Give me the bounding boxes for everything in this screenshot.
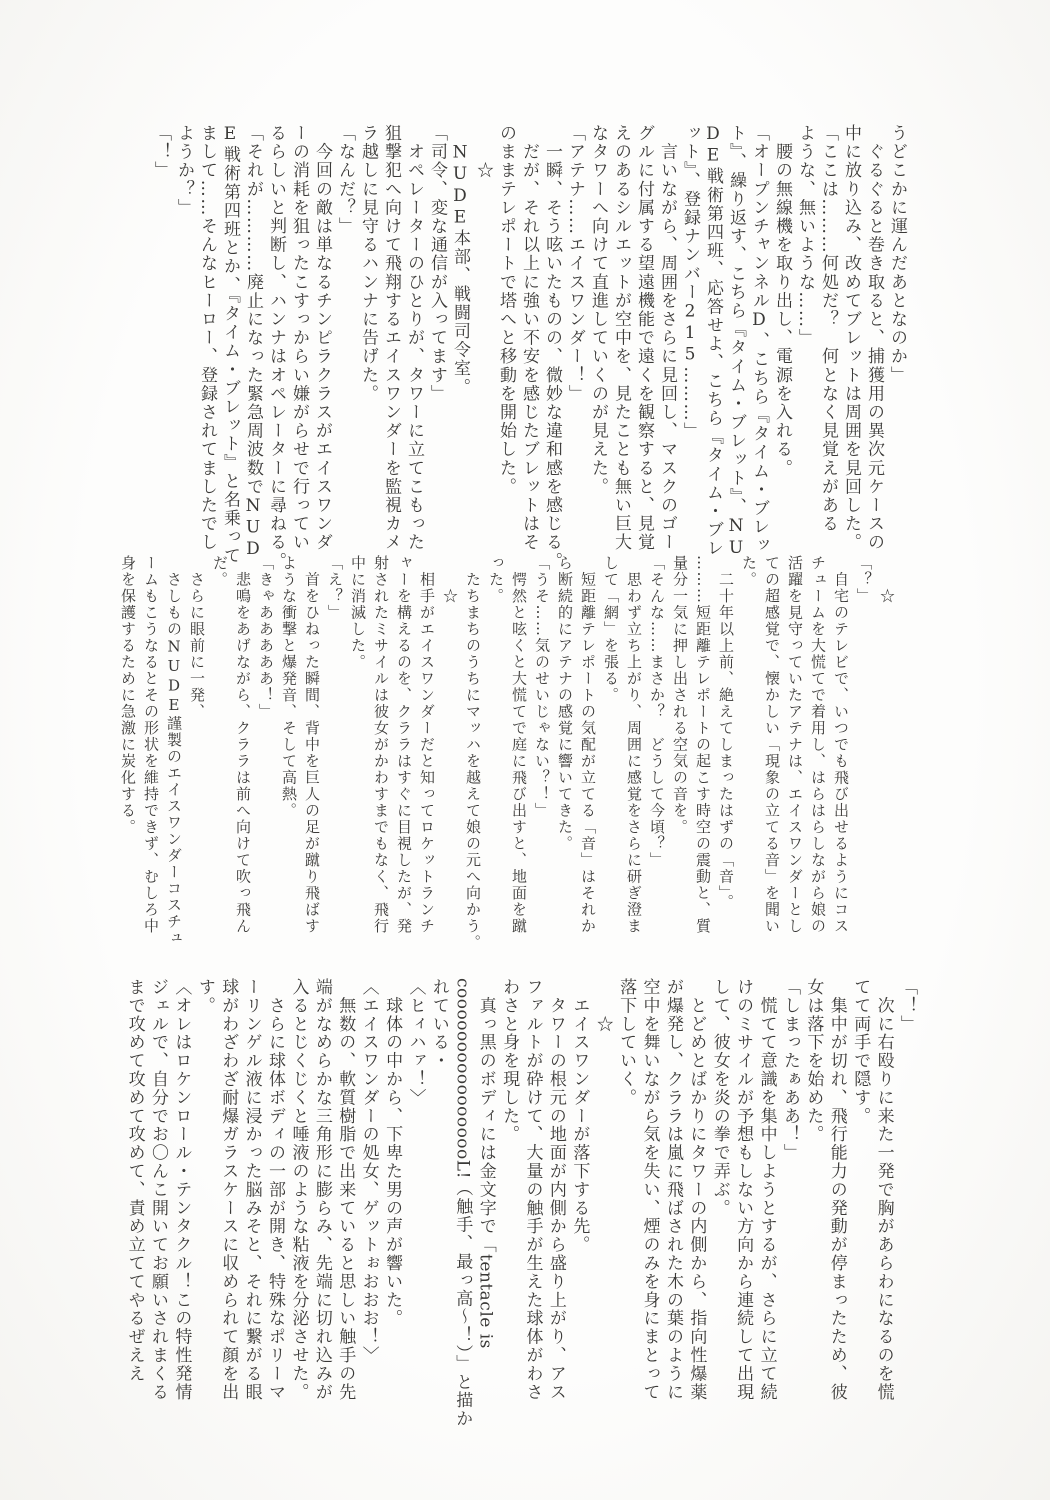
text-line: うどこかに運んだあとなのか」: [885, 124, 908, 558]
text-line: 〈ヒィハァ！〉: [403, 978, 426, 1408]
text-line: ーリンゲル液に浸かった脳みそと、それに繋がる眼: [239, 978, 262, 1408]
text-line: ット』、登録ナンバー215………」: [678, 124, 701, 558]
text-line: わさと身を現した。: [497, 978, 520, 1408]
text-block-bottom: 「！」 次に右殴りに来た一発で胸があらわになるのを慌てて両手で隠す。 集中が切れ…: [122, 978, 918, 1408]
text-line: 射されたミサイルは彼女がかわすまでもなく、飛行: [369, 555, 392, 943]
text-line: てて両手で隠す。: [848, 978, 871, 1408]
text-line: った。: [484, 555, 507, 943]
text-line: オペレーターのひとりが、タワーに立てこもった: [402, 124, 425, 558]
text-line: ト』、繰り返す、こちら『タイム・ブレット』、NU: [724, 124, 747, 558]
text-line: るらしいと判断し、ハンナはオペレーターに尋ねる。: [264, 124, 287, 558]
text-line: とどめとばかりにタワーの内側から、指向性爆薬: [684, 978, 707, 1408]
text-line: た。: [737, 555, 760, 943]
text-line: す。: [192, 978, 215, 1408]
text-line: 「なんだ？」: [333, 124, 356, 558]
text-line: 集中が切れ、飛行能力の発動が停まったため、彼: [824, 978, 847, 1408]
text-line: グルに付属する望遠機能で遠くを観察すると、見覚: [632, 124, 655, 558]
text-line: 「きゃあああああ！」: [254, 555, 277, 943]
text-line: 二十年以上前、絶えてしまったはずの「音」。: [714, 555, 737, 943]
text-line: まして……そんなヒーロー、登録されてましたでし: [195, 124, 218, 558]
text-line: 「！」: [149, 124, 172, 558]
text-line: 「！」: [895, 978, 918, 1408]
text-line: さらに眼前に一発、: [185, 555, 208, 943]
text-line: ☆: [438, 555, 461, 943]
text-line: 次に右殴りに来た一発で胸があらわになるのを慌: [871, 978, 894, 1408]
text-line: cooooooooooooooooL!（触手、最っ高〜！）」と描か: [450, 978, 473, 1408]
upright-latin-text: DE: [703, 124, 723, 167]
text-line: ☆: [471, 124, 494, 558]
text-line: まで攻めて攻めて攻めて、責め立ててやるぜええ: [122, 978, 145, 1408]
text-line: たちまちのうちにマッハを越えて娘の元へ向かう。: [461, 555, 484, 943]
text-line: 「司令、変な通信が入ってます」: [425, 124, 448, 558]
text-line: ジェルで、自分でお〇んこ開いてお願いされまくる: [146, 978, 169, 1408]
text-line: さしものNUDE謹製のエイスワンダーコスチュ: [162, 555, 185, 943]
text-line: ぐるぐると巻き取ると、捕獲用の異次元ケースの: [862, 124, 885, 558]
upright-latin-text: 215: [680, 302, 700, 367]
upright-latin-text: NUDE: [450, 143, 470, 229]
text-line: が爆発し、クララは嵐に飛ばされた木の葉のように: [661, 978, 684, 1408]
text-line: だが、それ以上に強い不安を感じたブレットはそ: [517, 124, 540, 558]
text-line: 活躍を見守っていたアテナは、エイスワンダーとし: [783, 555, 806, 943]
upright-latin-text: NU: [726, 516, 746, 559]
text-line: 狙撃犯へ向けて飛翔するエイスワンダーを監視カメ: [379, 124, 402, 558]
text-line: ームもこうなるとその形状を維持できず、むしろ中: [139, 555, 162, 943]
text-line: 一瞬、そう呟いたものの、微妙な違和感を感じる。: [540, 124, 563, 558]
upright-latin-text: D: [749, 310, 769, 332]
text-line: ャーを構えるのを、クララはすぐに目視したが、発: [392, 555, 415, 943]
text-line: なタワーへ向けて直進していくのが見えた。: [586, 124, 609, 558]
text-line: ラ越しに見守るハンナに告げた。: [356, 124, 379, 558]
text-line: 〈オレはロケンロール・テンタクル！この特性発情: [169, 978, 192, 1408]
text-line: 無数の、軟質樹脂で出来ていると思しい触手の先: [333, 978, 356, 1408]
upright-latin-text: E: [220, 124, 240, 146]
text-line: さらに球体ボディの一部が開き、特殊なポリーマ: [263, 978, 286, 1408]
text-line: 中に放り込み、改めてブレットは周囲を見回した。: [839, 124, 862, 558]
text-line: ☆: [590, 978, 613, 1408]
text-line: ーの消耗を狙ったこすっからい嫌がらせで行ってい: [287, 124, 310, 558]
text-line: 首をひねった瞬間、背中を巨人の足が蹴り飛ばす: [300, 555, 323, 943]
text-line: 「うそ……気のせいじゃない？！」: [530, 555, 553, 943]
text-line: 量分一気に押し出される空気の音を。: [668, 555, 691, 943]
text-line: ての超感覚で、懐かしい「現象の立てる音」を聞い: [760, 555, 783, 943]
text-line: ………短距離テレポートの起こす時空の震動と、質: [691, 555, 714, 943]
text-line: ファルトが砕けて、大量の触手が生えた球体がわさ: [520, 978, 543, 1408]
text-line: 自宅のテレビで、いつでも飛び出せるようにコス: [829, 555, 852, 943]
text-line: 「しまったぁああ！」: [778, 978, 801, 1408]
text-block-top: うどこかに運んだあとなのか」 ぐるぐると巻き取ると、捕獲用の異次元ケースの中に放…: [149, 124, 908, 558]
text-line: のままテレポートで塔へと移動を開始した。: [494, 124, 517, 558]
text-line: タワーの根元の地面が内側から盛り上がり、アス: [544, 978, 567, 1408]
text-line: 愕然と呟くと大慌てで庭に飛び出すと、地面を蹴: [507, 555, 530, 943]
text-line: 球がわざわざ耐爆ガラスケースに収められて顔を出: [216, 978, 239, 1408]
text-line: けのミサイルが予想もしない方向から連続して出現: [731, 978, 754, 1408]
text-line: 中に消滅した。: [346, 555, 369, 943]
text-line: ような衝撃と爆発音、そして高熱。: [277, 555, 300, 943]
text-line: 落下していく。: [614, 978, 637, 1408]
text-line: 慌てて意識を集中しようとするが、さらに立て続: [754, 978, 777, 1408]
text-line: ☆: [875, 555, 898, 943]
text-line: 「オープンチャンネルD、こちら『タイム・ブレッ: [747, 124, 770, 558]
text-line: 空中を舞いながら気を失い、煙のみを身にまとって: [637, 978, 660, 1408]
text-line: 思わず立ち上がり、周囲に感覚をさらに研ぎ澄ま: [622, 555, 645, 943]
text-line: 相手がエイスワンダーだと知ってロケットランチ: [415, 555, 438, 943]
text-line: ようか？」: [172, 124, 195, 558]
text-line: 身を保護するために急激に炭化する。: [116, 555, 139, 943]
text-line: 「そんな……まさか？ どうして今頃？」: [645, 555, 668, 943]
text-line: れている・: [426, 978, 449, 1408]
text-line: 悲鳴をあげながら、クララは前へ向けて吹っ飛ん: [231, 555, 254, 943]
text-line: 「アテナ……エイスワンダー！」: [563, 124, 586, 558]
text-line: ような、無いような……」: [793, 124, 816, 558]
upright-latin-text: NUDE: [165, 638, 183, 716]
text-line: エイスワンダーが落下する先。: [567, 978, 590, 1408]
text-line: 〈エイスワンダーの処女、ゲットぉおおお！〉: [356, 978, 379, 1408]
text-block-middle: ☆「？」 自宅のテレビで、いつでも飛び出せるようにコスチュームを大慌てで着用し、…: [116, 555, 898, 943]
text-line: DE戦術第四班、応答せよ、こちら『タイム・ブレ: [701, 124, 724, 558]
text-line: 「？」: [852, 555, 875, 943]
text-line: 女は落下を始めた。: [801, 978, 824, 1408]
scanned-novel-page: うどこかに運んだあとなのか」 ぐるぐると巻き取ると、捕獲用の異次元ケースの中に放…: [0, 0, 1050, 1500]
text-line: して、彼女を炎の拳で弄ぶ。: [707, 978, 730, 1408]
text-line: 言いながら、周囲をさらに見回し、マスクのゴー: [655, 124, 678, 558]
text-line: ら断続的にアテナの感覚に響いてきた。: [553, 555, 576, 943]
text-line: 真っ黒のボディには金文字で「tentacle is: [473, 978, 496, 1408]
text-line: えのあるシルエットが空中を、見たことも無い巨大: [609, 124, 632, 558]
text-line: 球体の中から、下卑た男の声が響いた。: [380, 978, 403, 1408]
text-line: 「それが…………廃止になった緊急周波数でNUD: [241, 124, 264, 558]
text-line: E戦術第四班とか、『タイム・ブレット』と名乗って: [218, 124, 241, 558]
text-line: 「え？」: [323, 555, 346, 943]
text-line: 短距離テレポートの気配が立てる「音」はそれか: [576, 555, 599, 943]
sideways-latin-text: cooooooooooooooooL!: [452, 978, 472, 1179]
text-line: チュームを大慌てで着用し、はらはらしながら娘の: [806, 555, 829, 943]
text-line: 今回の敵は単なるチンピラクラスがエイスワンダ: [310, 124, 333, 558]
text-line: NUDE本部、戦闘司令室。: [448, 124, 471, 558]
upright-latin-text: NUD: [243, 496, 263, 561]
sideways-latin-text: tentacle is: [476, 1254, 496, 1349]
text-line: だ。: [208, 555, 231, 943]
text-line: 端がなめらかな三角形に膨らみ、先端に切れ込みが: [309, 978, 332, 1408]
text-line: して「網」を張る。: [599, 555, 622, 943]
text-line: 入るとじくじくと唾液のような粘液を分泌させた。: [286, 978, 309, 1408]
text-line: 腰の無線機を取り出し、電源を入れる。: [770, 124, 793, 558]
text-line: 「ここは………何処だ？ 何となく見覚えがある: [816, 124, 839, 558]
